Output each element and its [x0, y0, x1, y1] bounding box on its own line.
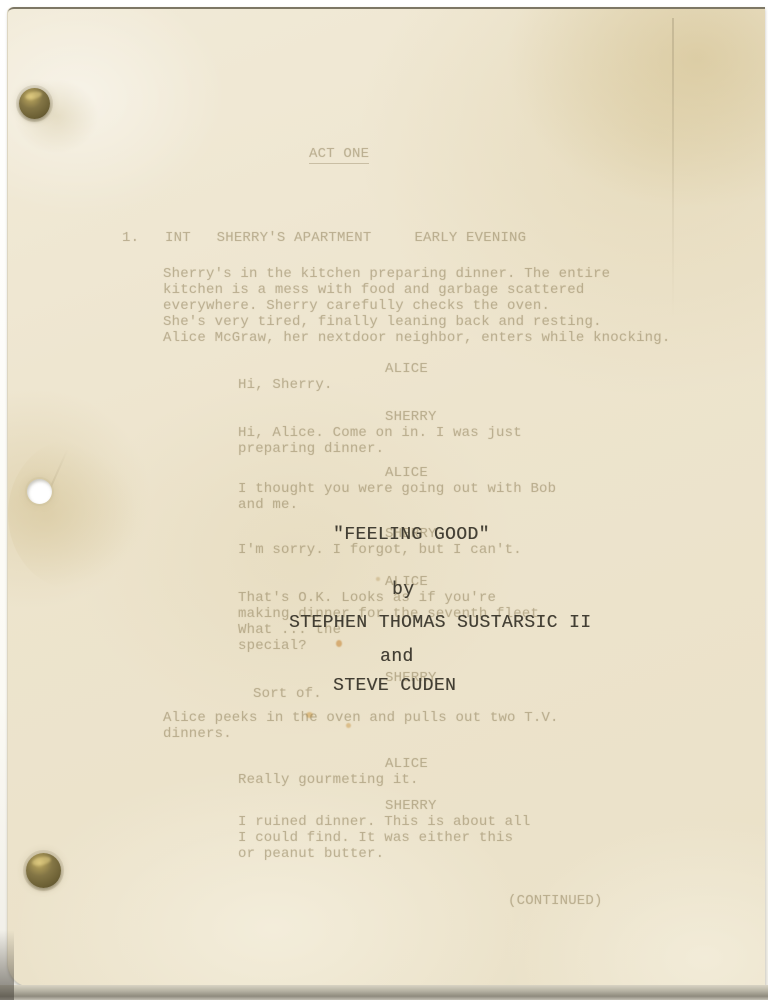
- bleedthrough-line: ALICE: [385, 465, 428, 481]
- bleedthrough-line: ALICE: [385, 361, 428, 377]
- bleedthrough-line: I could find. It was either this: [238, 830, 513, 846]
- paper-speck: [376, 577, 380, 581]
- bleedthrough-line: SHERRY: [385, 409, 437, 425]
- bleedthrough-line: Hi, Sherry.: [238, 377, 333, 393]
- paper-speck: [336, 640, 342, 647]
- bleedthrough-line: ALICE: [385, 756, 428, 772]
- bleedthrough-line: everywhere. Sherry carefully checks the …: [163, 298, 550, 314]
- bleedthrough-line: Hi, Alice. Come on in. I was just: [238, 425, 522, 441]
- byline: by: [392, 581, 414, 600]
- bleedthrough-line: Alice peeks in the oven and pulls out tw…: [163, 710, 559, 726]
- brass-brad-top: [19, 88, 50, 119]
- bleedthrough-line: SHERRY: [385, 798, 437, 814]
- photo-of-screenplay-cover: { "document": { "title": "\"FEELING GOOD…: [0, 0, 768, 1000]
- conjunction: and: [380, 648, 414, 667]
- bleedthrough-line: That's O.K. Looks as if you're: [238, 590, 496, 606]
- bleedthrough-line: ACT ONE: [309, 146, 369, 164]
- punch-hole: [27, 479, 52, 504]
- bleedthrough-line: kitchen is a mess with food and garbage …: [163, 282, 584, 298]
- backdrop-shadow: [0, 930, 14, 1000]
- bleedthrough-line: special?: [238, 638, 307, 654]
- author-primary: STEPHEN THOMAS SUSTARSIC II: [289, 614, 591, 633]
- bleedthrough-line: I thought you were going out with Bob: [238, 481, 556, 497]
- bleedthrough-line: Really gourmeting it.: [238, 772, 419, 788]
- bleedthrough-line: Alice McGraw, her nextdoor neighbor, ent…: [163, 330, 670, 346]
- bleedthrough-line: Sherry's in the kitchen preparing dinner…: [163, 266, 610, 282]
- bleedthrough-line: 1. INT SHERRY'S APARTMENT EARLY EVENING: [122, 230, 526, 246]
- bleedthrough-line: She's very tired, finally leaning back a…: [163, 314, 602, 330]
- author-secondary: STEVE CUDEN: [333, 677, 456, 696]
- paper-crease: [672, 18, 674, 318]
- page-stack-edge: [0, 985, 768, 1000]
- paper-stain-mid-left: [8, 439, 138, 589]
- bleedthrough-line: Sort of.: [253, 686, 322, 702]
- bleedthrough-line: (CONTINUED): [508, 893, 603, 909]
- bleedthrough-line: dinners.: [163, 726, 232, 742]
- brass-brad-bottom: [26, 853, 61, 888]
- bleedthrough-line: I ruined dinner. This is about all: [238, 814, 530, 830]
- screenplay-title: "FEELING GOOD": [333, 526, 490, 545]
- bleedthrough-line: preparing dinner.: [238, 441, 384, 457]
- bleedthrough-line: and me.: [238, 497, 298, 513]
- bleedthrough-line: or peanut butter.: [238, 846, 384, 862]
